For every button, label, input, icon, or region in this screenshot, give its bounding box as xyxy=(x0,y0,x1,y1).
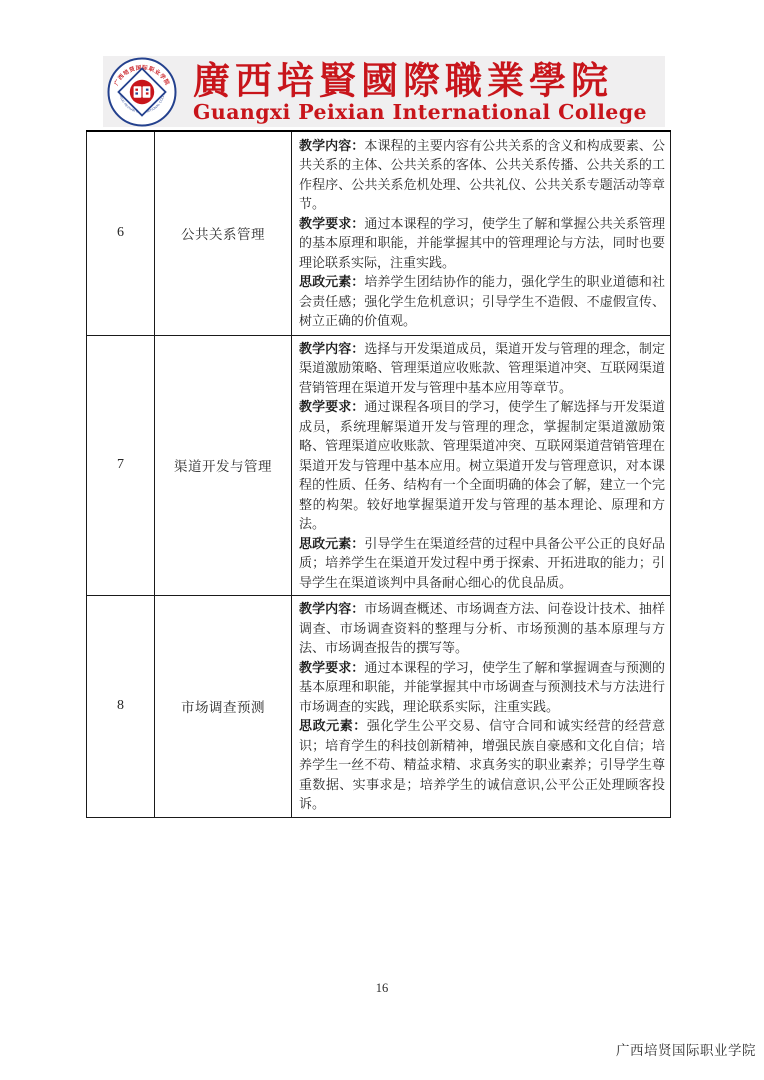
college-logo-icon: 广西培贤国际职业学院 GUANGXI PEIXIAN INTERNATIONAL… xyxy=(107,57,177,127)
course-table: 6 公共关系管理 教学内容：本课程的主要内容有公共关系的含义和构成要素、公共关系… xyxy=(86,130,671,818)
course-number: 8 xyxy=(87,596,155,818)
course-number: 7 xyxy=(87,335,155,596)
paragraph-label: 教学内容： xyxy=(299,138,364,153)
page-number: 16 xyxy=(0,981,764,996)
course-description-cell: 教学内容：市场调查概述、市场调查方法、问卷设计技术、抽样调查、市场调查资料的整理… xyxy=(292,596,671,818)
college-title-block: 廣西培賢國際職業學院 Guangxi Peixian International… xyxy=(193,60,665,124)
teaching-content-paragraph: 教学内容：本课程的主要内容有公共关系的含义和构成要素、公共关系的主体、公共关系的… xyxy=(299,136,665,214)
course-description-cell: 教学内容：本课程的主要内容有公共关系的含义和构成要素、公共关系的主体、公共关系的… xyxy=(292,131,671,335)
teaching-requirement-paragraph: 教学要求：通过本课程的学习，使学生了解和掌握公共关系管理的基本原理和职能，并能掌… xyxy=(299,214,665,273)
table-row-course-8: 8 市场调查预测 教学内容：市场调查概述、市场调查方法、问卷设计技术、抽样调查、… xyxy=(87,596,671,818)
teaching-content-paragraph: 教学内容：选择与开发渠道成员，渠道开发与管理的理念，制定渠道激励策略、管理渠道应… xyxy=(299,339,665,398)
paragraph-label: 教学要求： xyxy=(299,660,364,675)
ideology-element-paragraph: 思政元素：引导学生在渠道经营的过程中具备公平公正的良好品质；培养学生在渠道开发过… xyxy=(299,534,665,593)
paragraph-label: 思政元素： xyxy=(299,536,364,551)
teaching-requirement-paragraph: 教学要求：通过本课程的学习，使学生了解和掌握调查与预测的基本原理和职能，并能掌握… xyxy=(299,658,665,717)
paragraph-label: 思政元素： xyxy=(299,274,364,289)
table-row-course-7: 7 渠道开发与管理 教学内容：选择与开发渠道成员，渠道开发与管理的理念，制定渠道… xyxy=(87,335,671,596)
course-name: 渠道开发与管理 xyxy=(155,335,292,596)
paragraph-label: 思政元素： xyxy=(299,718,367,733)
college-header: 广西培贤国际职业学院 GUANGXI PEIXIAN INTERNATIONAL… xyxy=(103,56,665,127)
course-description-cell: 教学内容：选择与开发渠道成员，渠道开发与管理的理念，制定渠道激励策略、管理渠道应… xyxy=(292,335,671,596)
teaching-content-paragraph: 教学内容：市场调查概述、市场调查方法、问卷设计技术、抽样调查、市场调查资料的整理… xyxy=(299,599,665,658)
teaching-requirement-paragraph: 教学要求：通过课程各项目的学习，使学生了解选择与开发渠道成员，系统理解渠道开发与… xyxy=(299,397,665,534)
document-page: 广西培贤国际职业学院 GUANGXI PEIXIAN INTERNATIONAL… xyxy=(0,0,764,1080)
course-number: 6 xyxy=(87,131,155,335)
paragraph-label: 教学内容： xyxy=(299,341,364,356)
paragraph-text: 通过课程各项目的学习，使学生了解选择与开发渠道成员，系统理解渠道开发与管理的理念… xyxy=(299,399,665,531)
logo-center-disc xyxy=(130,79,154,103)
table-row-course-6: 6 公共关系管理 教学内容：本课程的主要内容有公共关系的含义和构成要素、公共关系… xyxy=(87,131,671,335)
course-name: 市场调查预测 xyxy=(155,596,292,818)
ideology-element-paragraph: 思政元素：培养学生团结协作的能力，强化学生的职业道德和社会责任感；强化学生危机意… xyxy=(299,272,665,331)
college-logo: 广西培贤国际职业学院 GUANGXI PEIXIAN INTERNATIONAL… xyxy=(107,57,177,127)
paragraph-label: 教学要求： xyxy=(299,216,364,231)
paragraph-label: 教学内容： xyxy=(299,601,364,616)
course-name: 公共关系管理 xyxy=(155,131,292,335)
ideology-element-paragraph: 思政元素：强化学生公平交易、信守合同和诚实经营的经营意识；培育学生的科技创新精神… xyxy=(299,716,665,814)
college-name-english: Guangxi Peixian International College xyxy=(193,100,665,124)
footer-watermark: 广西培贤国际职业学院 xyxy=(616,1039,756,1059)
college-name-chinese: 廣西培賢國際職業學院 xyxy=(193,59,665,100)
paragraph-label: 教学要求： xyxy=(299,399,364,414)
